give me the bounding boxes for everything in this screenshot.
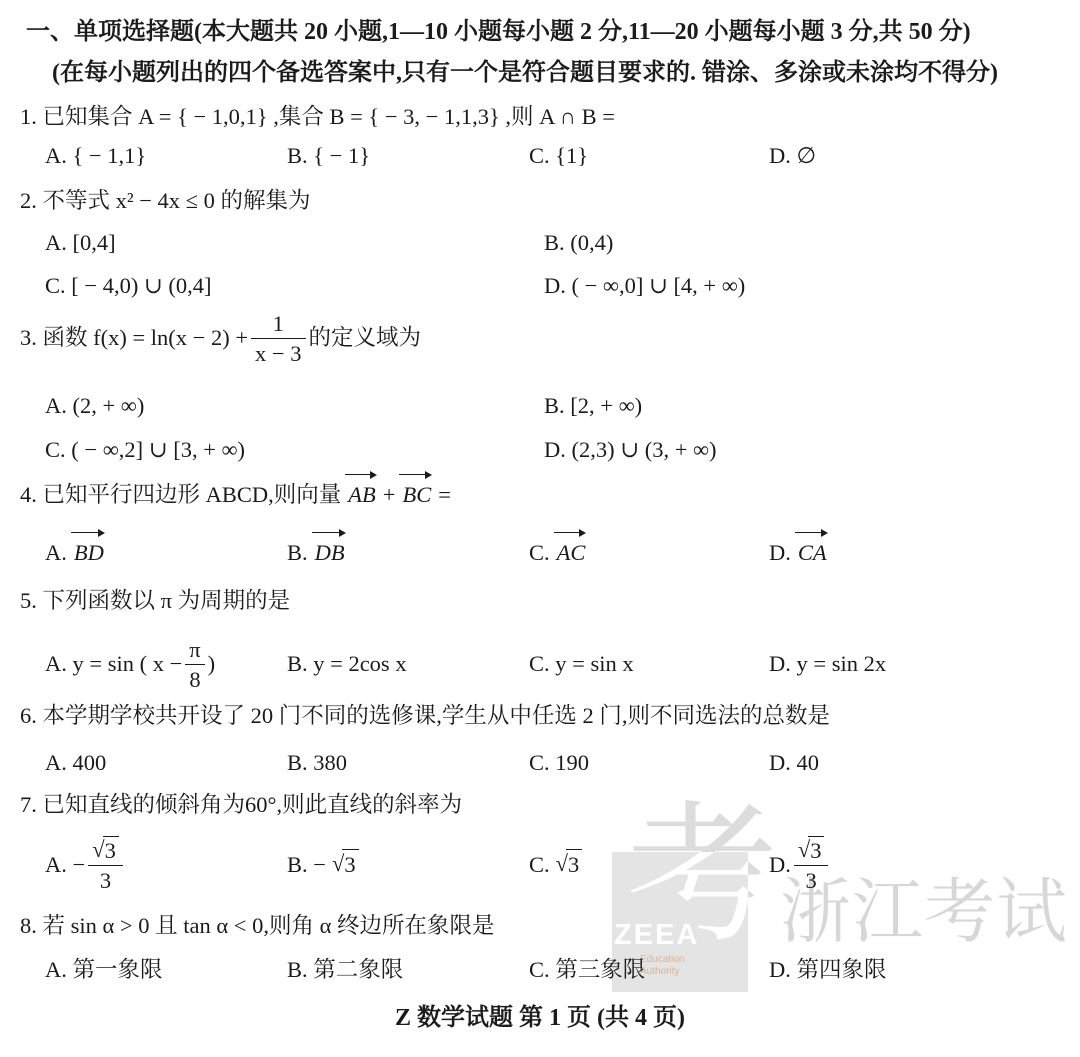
q4-option-b: B. DB (287, 538, 529, 568)
q7-option-c: C. √3 (529, 836, 769, 894)
q4-option-d-vector: CA (796, 538, 829, 568)
q4-option-d-label: D. (769, 538, 791, 568)
q7-option-c-sqrt: √3 (556, 849, 583, 880)
q7-option-a-sqrt: √3 (92, 836, 119, 864)
q1-option-c: C. {1} (529, 141, 769, 171)
q5-option-a: A. y = sin ( x − π 8 ) (45, 636, 287, 693)
q4-option-c: C. AC (529, 538, 769, 568)
q8-option-c: C. 第三象限 (529, 955, 769, 985)
q4-option-a-label: A. (45, 538, 67, 568)
q7-option-b-pre: B. − (287, 850, 326, 880)
q7-option-a-radicand: 3 (103, 836, 119, 864)
q6-option-d: D. 40 (769, 748, 1070, 778)
q1-option-a: A. { − 1,1} (45, 141, 287, 171)
plus-operator: + (383, 480, 396, 510)
q5-fraction-numerator: π (185, 636, 204, 664)
q5-option-b: B. y = 2cos x (287, 636, 529, 693)
q4-option-b-vector-label: DB (315, 540, 345, 565)
q4-option-a-vector-label: BD (74, 540, 104, 565)
q7-option-d-fraction: √3 3 (794, 836, 829, 894)
q7-option-b: B. − √3 (287, 836, 529, 894)
q4-vector-ab: AB (346, 480, 378, 510)
q2-option-d: D. ( − ∞,0] ∪ [4, + ∞) (544, 271, 1070, 301)
q4-option-c-label: C. (529, 538, 550, 568)
q4-stem-post: = (438, 480, 451, 510)
q7-option-a-pre: A. − (45, 850, 85, 880)
q2-option-a: A. [0,4] (45, 228, 544, 258)
q3-stem-post: 的定义域为 (309, 323, 422, 353)
q8-option-b: B. 第二象限 (287, 955, 529, 985)
q7-option-c-pre: C. (529, 850, 550, 880)
radical-sign-icon: √ (332, 849, 344, 879)
q7-option-a-numerator: √3 (88, 836, 123, 865)
q4-option-d: D. CA (769, 538, 1070, 568)
q7-option-d-radicand: 3 (808, 836, 824, 864)
question-5-options: A. y = sin ( x − π 8 ) B. y = 2cos x C. … (45, 636, 1070, 693)
question-4-options: A. BD B. DB C. AC D. CA (45, 538, 1070, 568)
q2-option-c: C. [ − 4,0) ∪ (0,4] (45, 271, 544, 301)
q4-option-a: A. BD (45, 538, 287, 568)
q8-option-d: D. 第四象限 (769, 955, 1070, 985)
radical-sign-icon: √ (556, 849, 568, 879)
question-7-stem: 7. 已知直线的倾斜角为60°,则此直线的斜率为 (20, 790, 1070, 820)
question-1-stem: 1. 已知集合 A = { − 1,0,1} ,集合 B = { − 3, − … (20, 102, 1070, 132)
q7-option-a-denominator: 3 (88, 865, 123, 894)
question-4-stem: 4. 已知平行四边形 ABCD,则向量 AB + BC = (20, 480, 1070, 510)
q3-option-d: D. (2,3) ∪ (3, + ∞) (544, 435, 1070, 465)
q7-option-b-sqrt: √3 (332, 849, 359, 880)
q3-stem-pre: 3. 函数 f(x) = ln(x − 2) + (20, 323, 248, 353)
q4-stem-pre: 4. 已知平行四边形 ABCD,则向量 (20, 480, 341, 510)
q5-option-c: C. y = sin x (529, 636, 769, 693)
q5-option-d: D. y = sin 2x (769, 636, 1070, 693)
q6-option-a: A. 400 (45, 748, 287, 778)
q7-option-d: D. √3 3 (769, 836, 1070, 894)
q4-option-b-label: B. (287, 538, 308, 568)
section-title: 一、单项选择题(本大题共 20 小题,1—10 小题每小题 2 分,11—20 … (26, 16, 1070, 48)
q1-option-d: D. ∅ (769, 141, 1070, 171)
section-note: (在每小题列出的四个备选答案中,只有一个是符合题目要求的. 错涂、多涂或未涂均不… (52, 57, 1070, 89)
q3-option-a: A. (2, + ∞) (45, 391, 544, 421)
question-8-stem: 8. 若 sin α > 0 且 tan α < 0,则角 α 终边所在象限是 (20, 911, 1070, 941)
q7-option-a-fraction: √3 3 (88, 836, 123, 894)
question-3-options-row1: A. (2, + ∞) B. [2, + ∞) (45, 391, 1070, 421)
q3-fraction: 1 x − 3 (251, 310, 305, 367)
q4-vector-bc: BC (400, 480, 433, 510)
q7-option-a: A. − √3 3 (45, 836, 287, 894)
radical-sign-icon: √ (92, 836, 104, 863)
question-5-stem: 5. 下列函数以 π 为周期的是 (20, 586, 1070, 616)
question-2-stem: 2. 不等式 x² − 4x ≤ 0 的解集为 (20, 186, 1070, 216)
question-1-options: A. { − 1,1} B. { − 1} C. {1} D. ∅ (45, 141, 1070, 171)
q5-option-a-post: ) (208, 649, 216, 679)
q7-option-d-numerator: √3 (794, 836, 829, 865)
q3-option-c: C. ( − ∞,2] ∪ [3, + ∞) (45, 435, 544, 465)
q2-option-b: B. (0,4) (544, 228, 1070, 258)
q4-option-d-vector-label: CA (798, 540, 827, 565)
q7-option-d-pre: D. (769, 850, 791, 880)
q4-vector-ab-label: AB (348, 482, 376, 507)
q3-fraction-denominator: x − 3 (251, 338, 305, 367)
q3-fraction-numerator: 1 (251, 310, 305, 338)
q6-option-b: B. 380 (287, 748, 529, 778)
q5-option-a-fraction: π 8 (185, 636, 204, 693)
question-8-options: A. 第一象限 B. 第二象限 C. 第三象限 D. 第四象限 (45, 955, 1070, 985)
q7-option-d-denominator: 3 (794, 865, 829, 894)
q7-option-b-radicand: 3 (342, 849, 358, 880)
exam-page: 考 考 ZEEA Education Authority 浙江考试 一、单项选择… (0, 0, 1080, 1057)
q4-option-c-vector: AC (555, 538, 588, 568)
q1-option-b: B. { − 1} (287, 141, 529, 171)
q4-option-b-vector: DB (313, 538, 347, 568)
question-2-options-row1: A. [0,4] B. (0,4) (45, 228, 1070, 258)
q7-option-c-radicand: 3 (566, 849, 582, 880)
page-footer: Z 数学试题 第 1 页 (共 4 页) (0, 1002, 1080, 1034)
q6-option-c: C. 190 (529, 748, 769, 778)
q5-option-a-pre: A. y = sin ( x − (45, 649, 182, 679)
question-7-options: A. − √3 3 B. − √3 C. √3 D. (45, 836, 1070, 894)
radical-sign-icon: √ (798, 836, 810, 863)
question-6-options: A. 400 B. 380 C. 190 D. 40 (45, 748, 1070, 778)
q8-option-a: A. 第一象限 (45, 955, 287, 985)
q3-option-b: B. [2, + ∞) (544, 391, 1070, 421)
q5-fraction-denominator: 8 (185, 664, 204, 693)
question-2-options-row2: C. [ − 4,0) ∪ (0,4] D. ( − ∞,0] ∪ [4, + … (45, 271, 1070, 301)
question-3-options-row2: C. ( − ∞,2] ∪ [3, + ∞) D. (2,3) ∪ (3, + … (45, 435, 1070, 465)
q4-vector-bc-label: BC (402, 482, 431, 507)
question-3-stem: 3. 函数 f(x) = ln(x − 2) + 1 x − 3 的定义域为 (20, 310, 1070, 367)
q4-option-a-vector: BD (72, 538, 106, 568)
question-6-stem: 6. 本学期学校共开设了 20 门不同的选修课,学生从中任选 2 门,则不同选法… (20, 701, 1070, 731)
q4-option-c-vector-label: AC (557, 540, 586, 565)
q7-option-d-sqrt: √3 (798, 836, 825, 864)
